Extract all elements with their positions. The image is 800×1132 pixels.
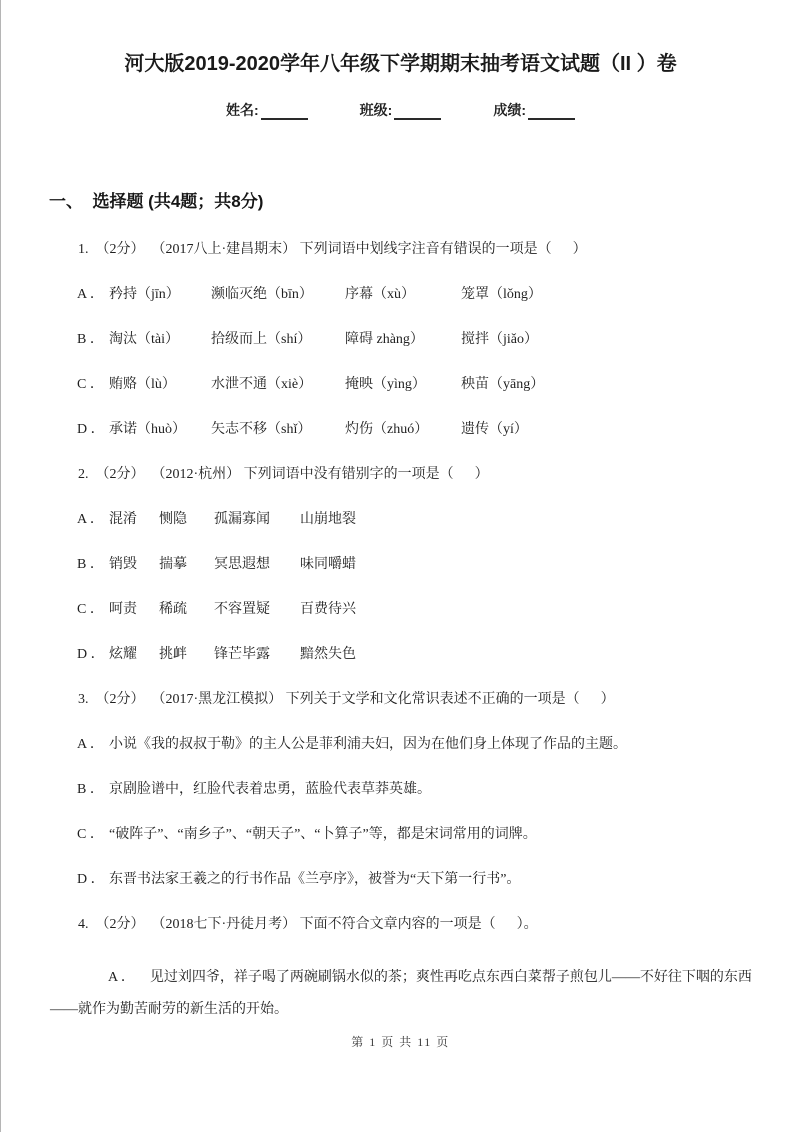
class-label: 班级: (360, 100, 393, 120)
name-field: 姓名: (226, 100, 308, 120)
section-heading: 一、 选择题 (共4题；共8分) (1, 192, 800, 212)
option-item: 秧苗（yāng） (461, 377, 544, 392)
option-label: D ． (77, 422, 109, 437)
question-1-option-a: A ．矜持（jīn）濒临灭绝（bīn）序幕（xù）笼罩（lǒng） (1, 287, 800, 302)
option-label: D ． (77, 647, 109, 662)
option-item: 矢志不移（shǐ） (211, 422, 345, 437)
option-item: 百费待兴 (300, 602, 356, 617)
option-label: A ． (77, 512, 109, 527)
option-item: 呵责 (109, 602, 159, 617)
question-1-option-d: D ．承诺（huò）矢志不移（shǐ）灼伤（zhuó）遗传（yí） (1, 422, 800, 437)
page-number-text: 第 1 页 共 11 页 (351, 1035, 450, 1049)
question-2-option-a: A ．混淆恻隐孤漏寡闻山崩地裂 (1, 512, 800, 527)
question-2-option-d: D ．炫耀挑衅锋芒毕露黯然失色 (1, 647, 800, 662)
option-text: 小说《我的叔叔于勒》的主人公是菲利浦夫妇，因为在他们身上体现了作品的主题。 (109, 737, 627, 752)
option-item: 山崩地裂 (300, 512, 356, 527)
option-label: B ． (77, 557, 109, 572)
option-item: 恻隐 (159, 512, 214, 527)
option-label: A ． (77, 737, 109, 752)
option-text: 见过刘四爷，祥子喝了两碗刷锅水似的茶；爽性再吃点东西白菜帮子煎包儿——不好往下咽… (50, 970, 752, 1017)
option-item: 濒临灭绝（bīn） (211, 287, 345, 302)
option-item: 遗传（yí） (461, 422, 528, 437)
option-item: 揣摹 (159, 557, 214, 572)
option-label: A ． (79, 962, 135, 994)
question-1-option-c: C ．贿赂（lù）水泄不通（xiè）掩映（yìng）秧苗（yāng） (1, 377, 800, 392)
class-field: 班级: (360, 100, 442, 120)
document-page: 河大版2019-2020学年八年级下学期期末抽考语文试题（II ）卷 姓名: 班… (0, 0, 800, 1132)
option-label: B ． (77, 332, 109, 347)
option-label: C ． (77, 602, 109, 617)
option-item: 灼伤（zhuó） (345, 422, 461, 437)
option-item: 拾级而上（shí） (211, 332, 345, 347)
option-item: 水泄不通（xiè） (211, 377, 345, 392)
option-item: 序幕（xù） (345, 287, 461, 302)
name-label: 姓名: (226, 100, 259, 120)
question-2-stem: 2. （2分） （2012·杭州） 下列词语中没有错别字的一项是（ ） (1, 467, 800, 482)
score-label: 成绩: (493, 100, 526, 120)
option-item: 不容置疑 (214, 602, 300, 617)
question-3-option-a: A ．小说《我的叔叔于勒》的主人公是菲利浦夫妇，因为在他们身上体现了作品的主题。 (1, 737, 800, 752)
section-heading-text: 一、 选择题 (共4题；共8分) (49, 192, 263, 211)
question-2-option-b: B ．销毁揣摹冥思遐想味同嚼蜡 (1, 557, 800, 572)
class-blank-line (394, 105, 441, 120)
score-blank-line (528, 105, 575, 120)
option-item: 锋芒毕露 (214, 647, 300, 662)
option-item: 冥思遐想 (214, 557, 300, 572)
question-1-stem: 1. （2分） （2017八上·建昌期末） 下列词语中划线字注音有错误的一项是（… (1, 242, 800, 257)
question-3-option-c: C ．“破阵子”、“南乡子”、“朝天子”、“卜算子”等，都是宋词常用的词牌。 (1, 827, 800, 842)
option-text: “破阵子”、“南乡子”、“朝天子”、“卜算子”等，都是宋词常用的词牌。 (109, 827, 537, 842)
student-info-row: 姓名: 班级: 成绩: (1, 100, 800, 120)
option-item: 混淆 (109, 512, 159, 527)
option-label: B ． (77, 782, 109, 797)
option-item: 黯然失色 (300, 647, 356, 662)
option-text: 东晋书法家王羲之的行书作品《兰亭序》，被誉为“天下第一行书”。 (109, 872, 520, 887)
question-3-option-b: B ．京剧脸谱中，红脸代表着忠勇，蓝脸代表草莽英雄。 (1, 782, 800, 797)
option-item: 承诺（huò） (109, 422, 211, 437)
question-4-option-a: A ．见过刘四爷，祥子喝了两碗刷锅水似的茶；爽性再吃点东西白菜帮子煎包儿——不好… (1, 962, 800, 1026)
option-item: 掩映（yìng） (345, 377, 461, 392)
option-item: 炫耀 (109, 647, 159, 662)
option-item: 味同嚼蜡 (300, 557, 356, 572)
option-item: 笼罩（lǒng） (461, 287, 542, 302)
option-item: 矜持（jīn） (109, 287, 211, 302)
question-3-stem: 3. （2分） （2017·黑龙江模拟） 下列关于文学和文化常识表述不正确的一项… (1, 692, 800, 707)
name-blank-line (261, 105, 308, 120)
option-item: 孤漏寡闻 (214, 512, 300, 527)
option-item: 挑衅 (159, 647, 214, 662)
option-item: 稀疏 (159, 602, 214, 617)
question-3-option-d: D ．东晋书法家王羲之的行书作品《兰亭序》，被誉为“天下第一行书”。 (1, 872, 800, 887)
option-item: 障碍 zhàng） (345, 332, 461, 347)
page-title-text: 河大版2019-2020学年八年级下学期期末抽考语文试题（II ）卷 (124, 53, 676, 75)
option-label: A ． (77, 287, 109, 302)
option-item: 销毁 (109, 557, 159, 572)
option-label: C ． (77, 827, 109, 842)
question-1-option-b: B ．淘汰（tài）拾级而上（shí）障碍 zhàng）搅拌（jiǎo） (1, 332, 800, 347)
page-footer: 第 1 页 共 11 页 (1, 1033, 800, 1050)
option-item: 贿赂（lù） (109, 377, 211, 392)
option-label: D ． (77, 872, 109, 887)
option-text: 京剧脸谱中，红脸代表着忠勇，蓝脸代表草莽英雄。 (109, 782, 431, 797)
option-label: C ． (77, 377, 109, 392)
question-2-option-c: C ．呵责稀疏不容置疑百费待兴 (1, 602, 800, 617)
page-title: 河大版2019-2020学年八年级下学期期末抽考语文试题（II ）卷 (1, 0, 800, 76)
option-item: 搅拌（jiǎo） (461, 332, 538, 347)
score-field: 成绩: (493, 100, 575, 120)
option-item: 淘汰（tài） (109, 332, 211, 347)
question-4-stem: 4. （2分） （2018七下·丹徒月考） 下面不符合文章内容的一项是（ ）。 (1, 917, 800, 932)
